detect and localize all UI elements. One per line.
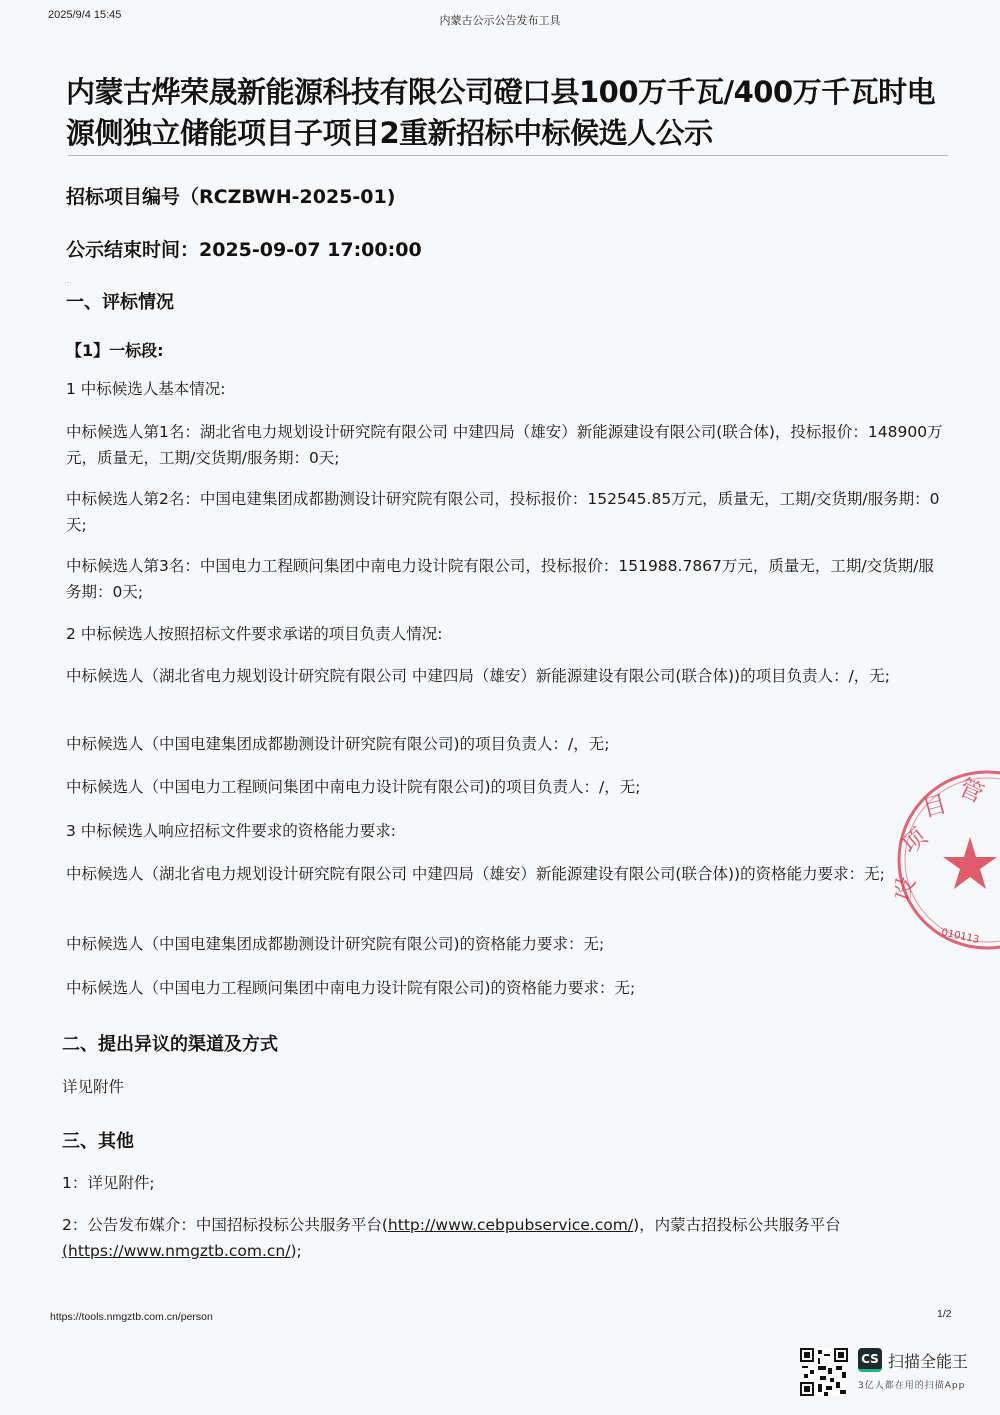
page-number: 1/2	[937, 1308, 952, 1320]
subsection-heading-project-leader: 2 中标候选人按照招标文件要求承诺的项目负责人情况:	[66, 621, 946, 647]
section-heading-objection: 二、提出异议的渠道及方式	[62, 1030, 278, 1056]
candidate-3: 中标候选人第3名：中国电力工程顾问集团中南电力设计院有限公司，投标报价：1519…	[66, 553, 946, 605]
camscanner-slogan: 3亿人都在用的扫描App	[858, 1378, 968, 1391]
camscanner-logo-icon: CS	[858, 1348, 882, 1372]
qualification-3: 中标候选人（中国电力工程顾问集团中南电力设计院有限公司)的资格能力要求：无;	[66, 975, 946, 1001]
official-seal-icon: 管 目 项 设 010113	[895, 765, 1000, 955]
scan-speck: ·:·	[64, 279, 72, 288]
cebpubservice-link[interactable]: http://www.cebpubservice.com/	[388, 1216, 633, 1234]
footer-url: https://tools.nmgztb.com.cn/person	[50, 1311, 213, 1323]
candidate-1: 中标候选人第1名：湖北省电力规划设计研究院有限公司 中建四局（雄安）新能源建设有…	[66, 419, 946, 471]
other-item-2-mid: )，内蒙古招投标公共服务平台	[633, 1216, 841, 1234]
camscanner-name: 扫描全能王	[888, 1349, 968, 1372]
document-page: 2025/9/4 15:45 内蒙古公示公告发布工具 内蒙古烨荣晟新能源科技有限…	[0, 0, 1000, 1415]
header-tool-name: 内蒙古公示公告发布工具	[0, 12, 1000, 28]
svg-text:项: 项	[896, 822, 933, 860]
subsection-heading-qualification: 3 中标候选人响应招标文件要求的资格能力要求:	[66, 818, 946, 844]
qr-code-icon	[800, 1348, 848, 1396]
section-heading-other: 三、其他	[62, 1127, 134, 1153]
other-item-1: 1：详见附件;	[62, 1170, 942, 1196]
document-title: 内蒙古烨荣晟新能源科技有限公司磴口县100万千瓦/400万千瓦时电源侧独立储能项…	[66, 72, 956, 154]
project-leader-2: 中标候选人（中国电建集团成都勘测设计研究院有限公司)的项目负责人：/，无;	[66, 731, 946, 757]
camscanner-watermark: CS 扫描全能王 3亿人都在用的扫描App	[800, 1348, 968, 1396]
objection-body: 详见附件	[62, 1074, 942, 1100]
project-leader-3: 中标候选人（中国电力工程顾问集团中南电力设计院有限公司)的项目负责人：/，无;	[66, 774, 946, 800]
title-divider	[68, 155, 948, 156]
publicity-deadline: 公示结束时间：2025-09-07 17:00:00	[66, 235, 422, 262]
other-item-2: 2：公告发布媒介：中国招标投标公共服务平台(http://www.cebpubs…	[62, 1212, 952, 1264]
nmgztb-link[interactable]: (https://www.nmgztb.com.cn/	[62, 1242, 290, 1260]
other-item-2-prefix: 2：公告发布媒介：中国招标投标公共服务平台(	[62, 1216, 388, 1234]
svg-text:设: 设	[895, 873, 921, 905]
candidate-2: 中标候选人第2名：中国电建集团成都勘测设计研究院有限公司，投标报价：152545…	[66, 486, 946, 538]
project-number: 招标项目编号（RCZBWH-2025-01)	[66, 182, 395, 209]
qualification-1: 中标候选人（湖北省电力规划设计研究院有限公司 中建四局（雄安）新能源建设有限公司…	[66, 861, 936, 887]
section-heading-evaluation: 一、评标情况	[66, 288, 174, 314]
svg-text:目: 目	[919, 790, 949, 823]
lot-heading: 【1】一标段:	[66, 338, 164, 361]
project-leader-1: 中标候选人（湖北省电力规划设计研究院有限公司 中建四局（雄安）新能源建设有限公司…	[66, 663, 916, 689]
subsection-heading-candidates: 1 中标候选人基本情况:	[66, 376, 946, 402]
other-item-2-suffix: );	[290, 1242, 301, 1260]
qualification-2: 中标候选人（中国电建集团成都勘测设计研究院有限公司)的资格能力要求：无;	[66, 931, 946, 957]
